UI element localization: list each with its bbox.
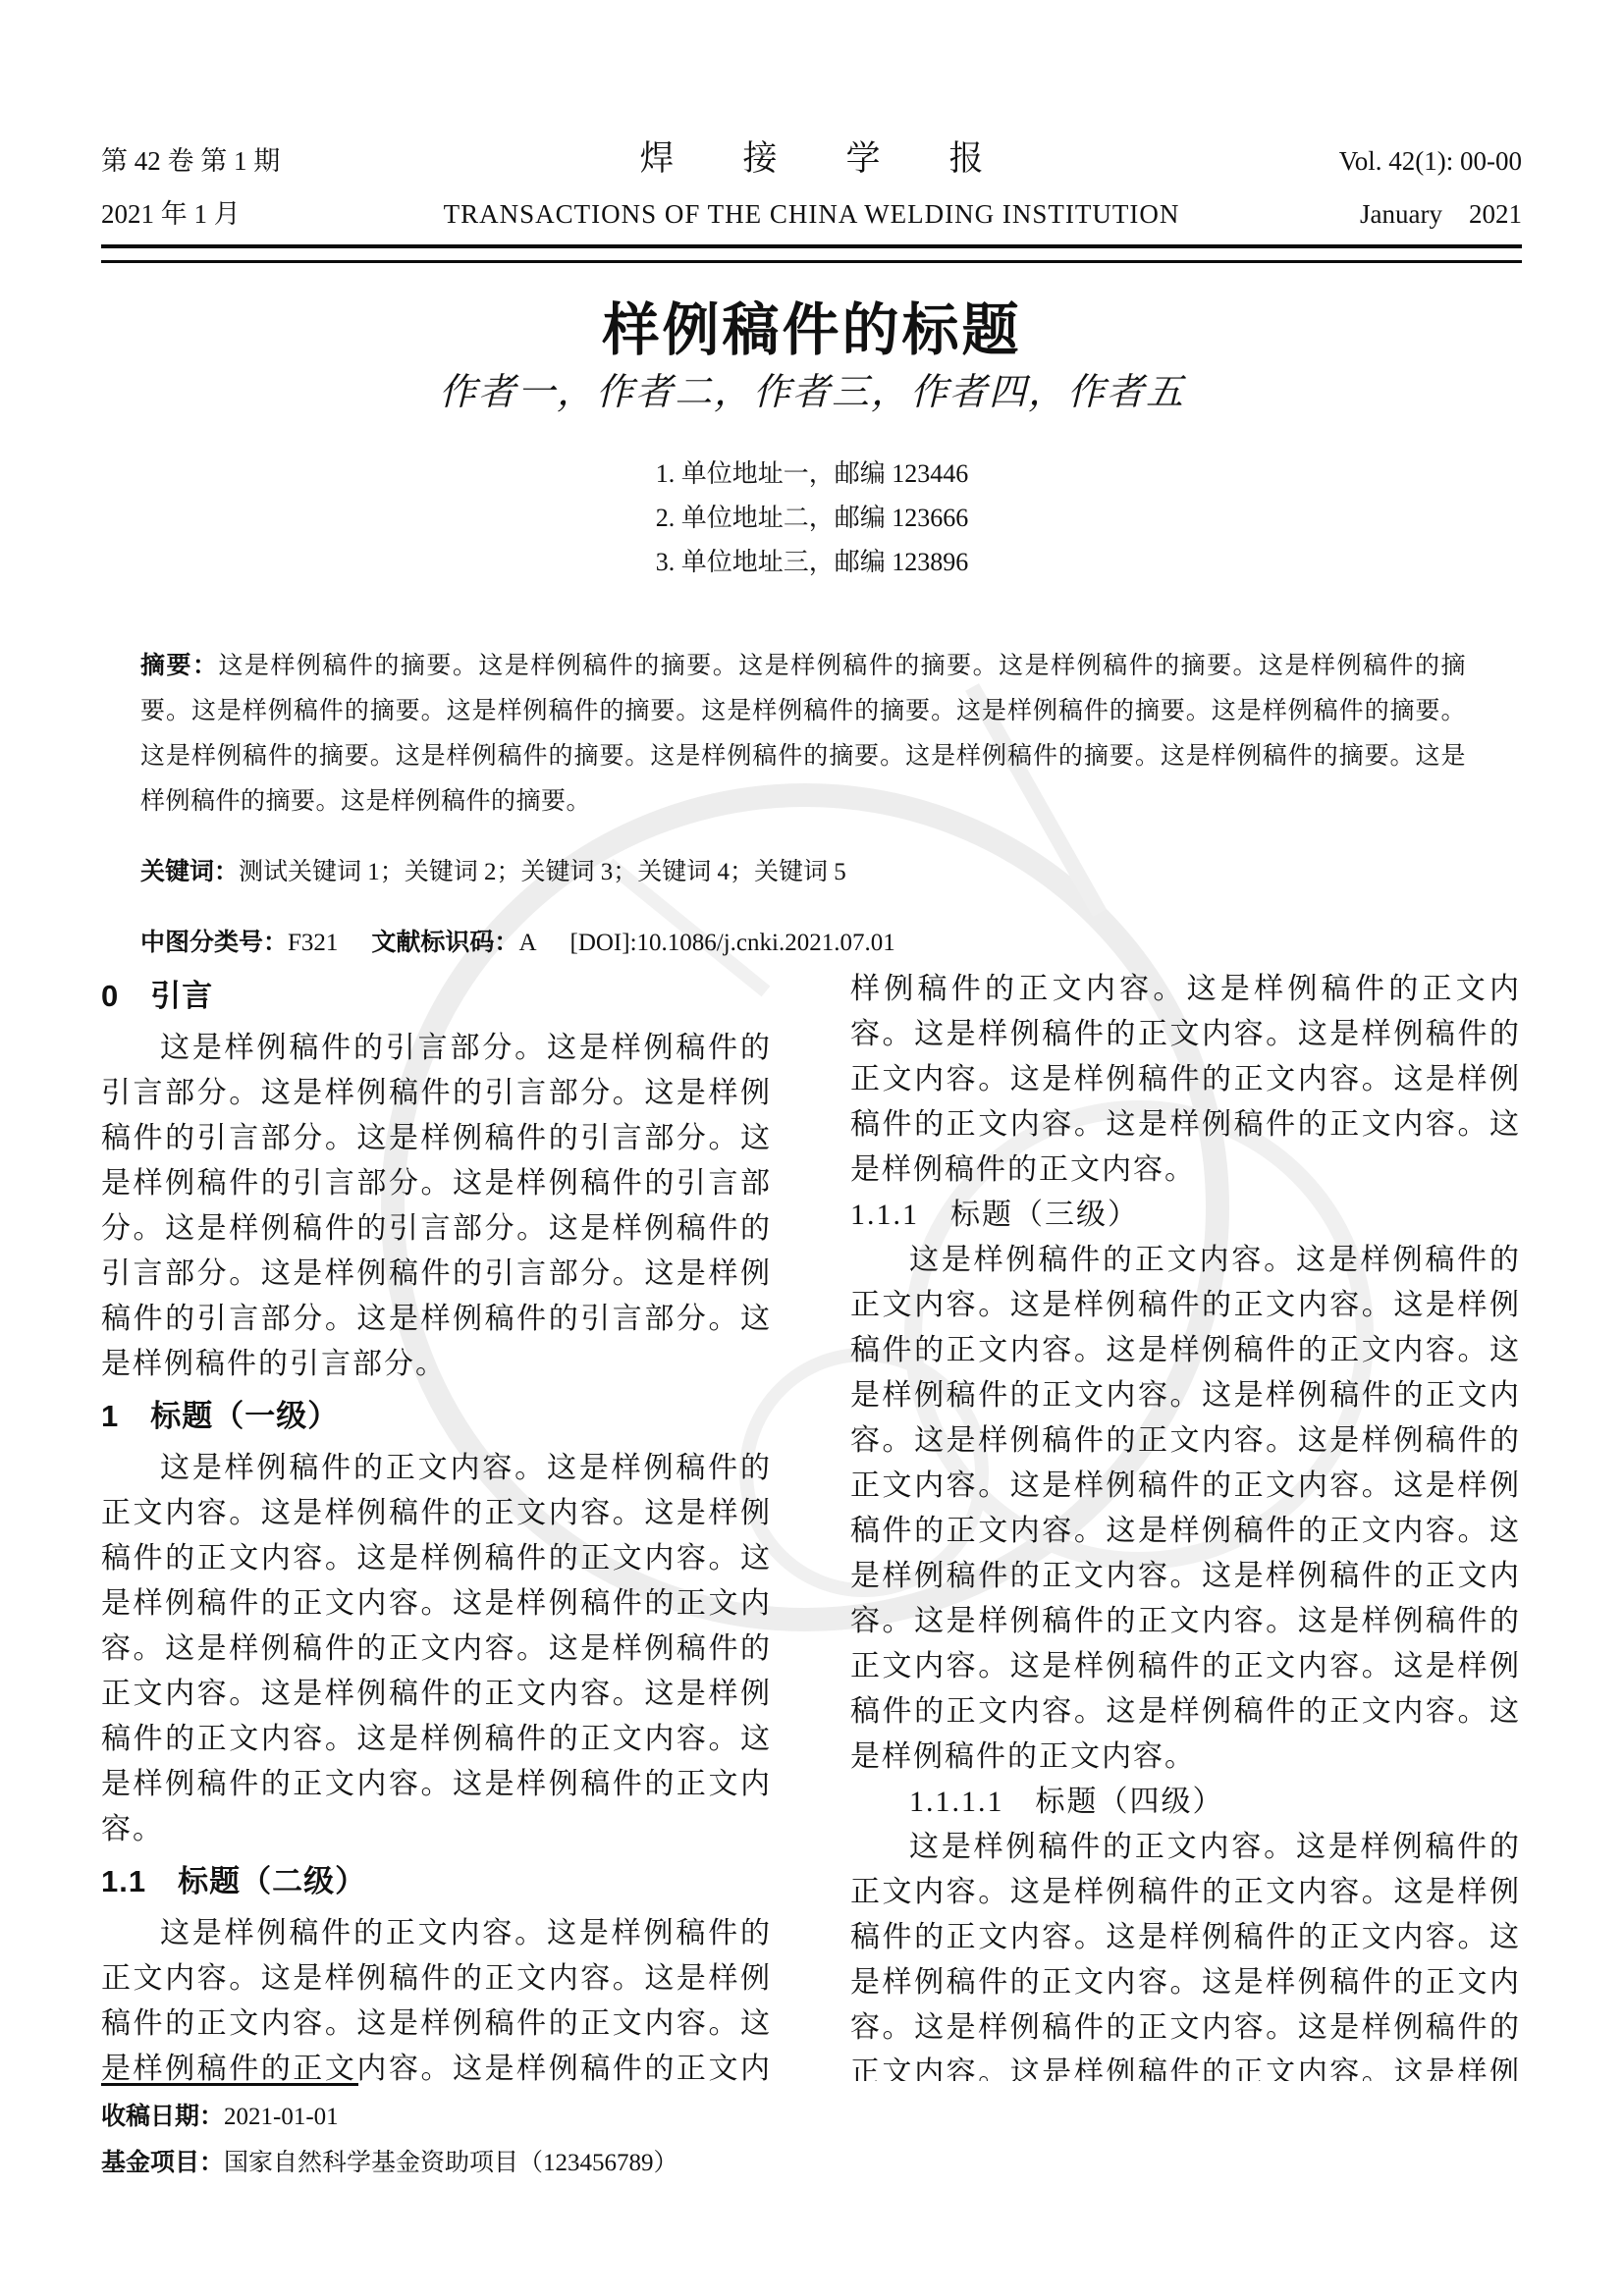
journal-title-cn: 焊 接 学 报	[396, 132, 1227, 181]
footnote-rule	[101, 2083, 358, 2086]
author-list: 作者一，作者二，作者三，作者四，作者五	[0, 365, 1624, 420]
section-heading-1-1-1-1: 1.1.1.1 标题（四级）	[850, 1780, 1521, 1825]
keywords-text: 测试关键词 1；关键词 2；关键词 3；关键词 4；关键词 5	[239, 859, 846, 885]
clc-value: F321	[288, 930, 338, 956]
issue-date-cn: 2021 年 1 月	[101, 192, 396, 231]
affiliation-item: 3. 单位地址三，邮编 123896	[0, 540, 1624, 584]
volume-info-en: Vol. 42(1): 00-00	[1227, 146, 1522, 177]
fund-project-label: 基金项目：	[101, 2149, 224, 2176]
section-1-paragraph: 这是样例稿件的正文内容。这是样例稿件的正文内容。这是样例稿件的正文内容。这是样例…	[101, 1446, 772, 1852]
left-column: 0 引言 这是样例稿件的引言部分。这是样例稿件的引言部分。这是样例稿件的引言部分…	[101, 967, 772, 2081]
affiliation-item: 1. 单位地址一，邮编 123446	[0, 452, 1624, 496]
classification-line: 中图分类号：F321文献标识码：A[DOI]:10.1086/j.cnki.20…	[140, 920, 1466, 966]
journal-masthead: 第 42 卷 第 1 期 焊 接 学 报 Vol. 42(1): 00-00 2…	[101, 132, 1522, 263]
first-page-footnote: 收稿日期：2021-01-01 基金项目：国家自然科学基金资助项目（123456…	[101, 2083, 788, 2186]
doc-code-label: 文献标识码：	[371, 929, 518, 956]
issue-date-en: January 2021	[1227, 192, 1522, 231]
fund-project-value: 国家自然科学基金资助项目（123456789）	[224, 2150, 678, 2176]
abstract-label: 摘要：	[140, 652, 218, 679]
keywords-label: 关键词：	[140, 858, 239, 885]
affiliation-list: 1. 单位地址一，邮编 123446 2. 单位地址二，邮编 123666 3.…	[0, 452, 1624, 584]
section-1-1-1-paragraph: 这是样例稿件的正文内容。这是样例稿件的正文内容。这是样例稿件的正文内容。这是样例…	[850, 1238, 1521, 1780]
affiliation-item: 2. 单位地址二，邮编 123666	[0, 496, 1624, 540]
clc-label: 中图分类号：	[140, 929, 288, 956]
journal-page: 第 42 卷 第 1 期 焊 接 学 报 Vol. 42(1): 00-00 2…	[0, 0, 1624, 2296]
received-date-line: 收稿日期：2021-01-01	[101, 2094, 788, 2140]
section-1-1-paragraph-part2: 样例稿件的正文内容。这是样例稿件的正文内容。这是样例稿件的正文内容。这是样例稿件…	[850, 967, 1521, 1193]
masthead-double-rule	[101, 244, 1522, 263]
abstract-text: 这是样例稿件的摘要。这是样例稿件的摘要。这是样例稿件的摘要。这是样例稿件的摘要。…	[140, 653, 1466, 815]
issue-number-cn: 第 42 卷 第 1 期	[101, 139, 396, 178]
section-1-1-paragraph-part1: 这是样例稿件的正文内容。这是样例稿件的正文内容。这是样例稿件的正文内容。这是样例…	[101, 1911, 772, 2081]
received-date-label: 收稿日期：	[101, 2103, 224, 2130]
article-title: 样例稿件的标题	[0, 289, 1624, 373]
right-column: 样例稿件的正文内容。这是样例稿件的正文内容。这是样例稿件的正文内容。这是样例稿件…	[850, 967, 1521, 2081]
keywords-line: 关键词：测试关键词 1；关键词 2；关键词 3；关键词 4；关键词 5	[140, 849, 1466, 895]
intro-paragraph: 这是样例稿件的引言部分。这是样例稿件的引言部分。这是样例稿件的引言部分。这是样例…	[101, 1026, 772, 1387]
section-heading-1-1-1: 1.1.1 标题（三级）	[850, 1193, 1521, 1238]
masthead-row-1: 第 42 卷 第 1 期 焊 接 学 报 Vol. 42(1): 00-00	[101, 132, 1522, 181]
abstract-paragraph: 摘要：这是样例稿件的摘要。这是样例稿件的摘要。这是样例稿件的摘要。这是样例稿件的…	[140, 643, 1466, 825]
received-date-value: 2021-01-01	[224, 2104, 339, 2130]
section-heading-intro: 0 引言	[101, 975, 772, 1018]
article-meta-block: 摘要：这是样例稿件的摘要。这是样例稿件的摘要。这是样例稿件的摘要。这是样例稿件的…	[140, 618, 1466, 990]
doi-text: [DOI]:10.1086/j.cnki.2021.07.01	[570, 930, 895, 956]
section-heading-1-1: 1.1 标题（二级）	[101, 1860, 772, 1903]
article-body: 0 引言 这是样例稿件的引言部分。这是样例稿件的引言部分。这是样例稿件的引言部分…	[101, 967, 1522, 2081]
journal-title-en: TRANSACTIONS OF THE CHINA WELDING INSTIT…	[396, 199, 1227, 230]
section-1-1-1-1-paragraph: 这是样例稿件的正文内容。这是样例稿件的正文内容。这是样例稿件的正文内容。这是样例…	[850, 1825, 1521, 2081]
doc-code-value: A	[518, 930, 536, 956]
masthead-row-2: 2021 年 1 月 TRANSACTIONS OF THE CHINA WEL…	[101, 192, 1522, 231]
fund-project-line: 基金项目：国家自然科学基金资助项目（123456789）	[101, 2140, 788, 2186]
section-heading-1: 1 标题（一级）	[101, 1395, 772, 1438]
